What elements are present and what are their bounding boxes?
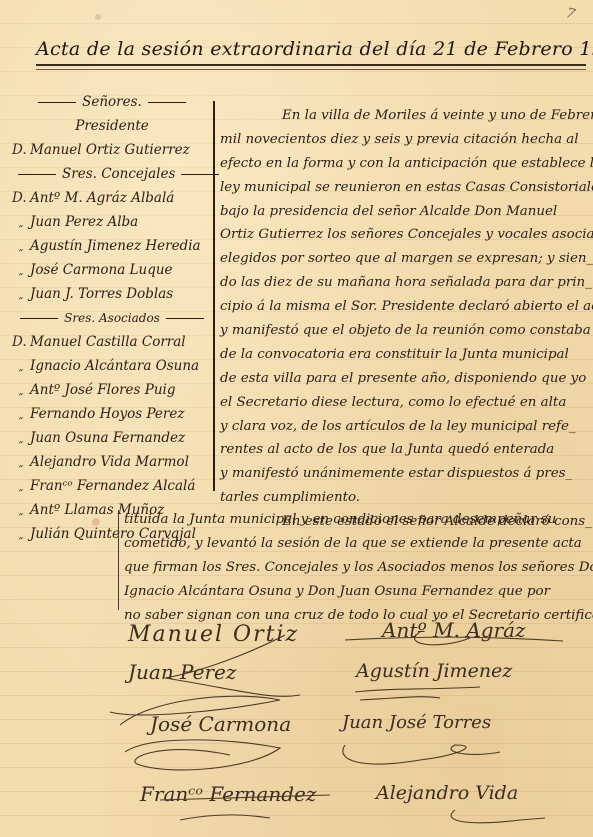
body-line: tarles cumplimiento. [220, 486, 588, 510]
president-entry: D.Manuel Ortiz Gutierrez [12, 138, 212, 162]
attendee-name: Agustín Jimenez Heredia [30, 238, 201, 254]
signature-manuel-ortiz: Manuel Ortiz [128, 622, 299, 647]
attendee-name: Antº José Flores Puig [30, 382, 175, 398]
attendee-name: Ignacio Alcántara Osuna [30, 358, 199, 374]
associate-entry: „Juan Osuna Fernandez [12, 426, 212, 450]
councillor-entry: „Agustín Jimenez Heredia [12, 234, 212, 258]
body-line: el Secretario diese lectura, como lo efe… [220, 391, 588, 415]
signature-alejandro-vida: Alejandro Vida [376, 782, 518, 804]
ditto-mark: „ [12, 476, 30, 500]
attendee-name: José Carmona Luque [30, 262, 173, 278]
document-page: 7 Acta de la sesión extraordinaria del d… [0, 0, 593, 837]
attendee-name: Manuel Ortiz Gutierrez [30, 142, 190, 158]
body-line: do las diez de su mañana hora señalada p… [220, 271, 588, 295]
paper-stain [95, 14, 101, 20]
body-line: cipio á la misma el Sor. Presidente decl… [220, 295, 588, 319]
title-underline [36, 64, 586, 70]
ditto-mark: „ [12, 428, 30, 452]
body-line: y manifestó que el objeto de la reunión … [220, 319, 588, 343]
body-line: mil novecientos diez y seis y previa cit… [220, 128, 588, 152]
body-line: efecto en la forma y con la anticipación… [220, 152, 588, 176]
body-line: tituida la Junta municipal y en condicio… [124, 508, 588, 532]
body-line: de la convocatoria era constituir la Jun… [220, 343, 588, 367]
attendee-name: Alejandro Vida Marmol [30, 454, 189, 470]
ditto-mark: „ [12, 284, 30, 308]
column-divider [213, 101, 215, 491]
body-line: En la villa de Moriles á veinte y uno de… [220, 104, 588, 128]
ditto-mark: „ [12, 452, 30, 476]
body-line: de esta villa para el presente año, disp… [220, 367, 588, 391]
body-line: que firman los Sres. Concejales y los As… [124, 556, 588, 580]
body-line: ley municipal se reunieron en estas Casa… [220, 176, 588, 200]
ditto-mark: „ [12, 404, 30, 428]
ditto-mark: „ [12, 260, 30, 284]
ditto-mark: „ [12, 356, 30, 380]
signature-agraz: Antº M. Agráz [382, 618, 526, 642]
councillor-entry: „Juan J. Torres Doblas [12, 282, 212, 306]
page-number-mark: 7 [564, 5, 577, 23]
signature-agustin-jimenez: Agustín Jimenez [356, 660, 512, 682]
signature-juan-perez: Juan Perez [128, 660, 236, 684]
councillor-entry: „Juan Perez Alba [12, 210, 212, 234]
ditto-mark: „ [12, 236, 30, 260]
body-line: elegidos por sorteo que al margen se exp… [220, 247, 588, 271]
councillor-entry: „José Carmona Luque [12, 258, 212, 282]
body-line: bajo la presidencia del señor Alcalde Do… [220, 200, 588, 224]
associate-entry: „Alejandro Vida Marmol [12, 450, 212, 474]
signature-juan-jose-torres: Juan José Torres [342, 712, 491, 733]
attendee-name: Antº M. Agráz Albalá [30, 190, 174, 206]
attendee-name: Juan Perez Alba [30, 214, 138, 230]
body-line: rentes al acto de los que la Junta quedó… [220, 438, 588, 462]
body-line: cometido, y levantó la sesión de la que … [124, 532, 588, 556]
associate-entry: „Antº José Flores Puig [12, 378, 212, 402]
associates-heading: Sres. Asociados [12, 306, 212, 330]
body-line: y clara voz, de los artículos de la ley … [220, 415, 588, 439]
attendee-name: Franᶜᵒ Fernandez Alcalá [30, 478, 195, 494]
body-line: y manifestó unánimemente estar dispuesto… [220, 462, 588, 486]
associate-entry: „Franᶜᵒ Fernandez Alcalá [12, 474, 212, 498]
signature-jose-carmona: José Carmona [150, 712, 291, 736]
councillors-heading: Sres. Concejales [12, 162, 212, 186]
ditto-mark: „ [12, 524, 30, 548]
minutes-continuation: tituida la Junta municipal y en condicio… [124, 508, 588, 627]
associate-entry: „Fernando Hoyos Perez [12, 402, 212, 426]
entry-prefix: D. [12, 138, 30, 162]
associate-entry: „Ignacio Alcántara Osuna [12, 354, 212, 378]
president-heading: Presidente [12, 114, 212, 138]
ditto-mark: „ [12, 500, 30, 524]
document-title: Acta de la sesión extraordinaria del día… [36, 38, 586, 60]
attendee-name: Juan J. Torres Doblas [30, 286, 173, 302]
ditto-mark: „ [12, 212, 30, 236]
attendees-header: Señores. [12, 90, 212, 114]
ditto-mark: „ [12, 380, 30, 404]
attendees-list: Señores. Presidente D.Manuel Ortiz Gutie… [12, 90, 212, 546]
attendee-name: Fernando Hoyos Perez [30, 406, 184, 422]
entry-prefix: D. [12, 186, 30, 210]
body-line: Ignacio Alcántara Osuna y Don Juan Osuna… [124, 580, 588, 604]
signature-francisco-fernandez: Franᶜᵒ Fernandez [140, 782, 316, 806]
body-line: Ortiz Gutierrez los señores Concejales y… [220, 223, 588, 247]
councillor-entry: D.Antº M. Agráz Albalá [12, 186, 212, 210]
minutes-body: En la villa de Moriles á veinte y uno de… [220, 104, 588, 534]
associate-entry: D.Manuel Castilla Corral [12, 330, 212, 354]
attendee-name: Juan Osuna Fernandez [30, 430, 185, 446]
entry-prefix: D. [12, 330, 30, 354]
attendee-name: Manuel Castilla Corral [30, 334, 186, 350]
